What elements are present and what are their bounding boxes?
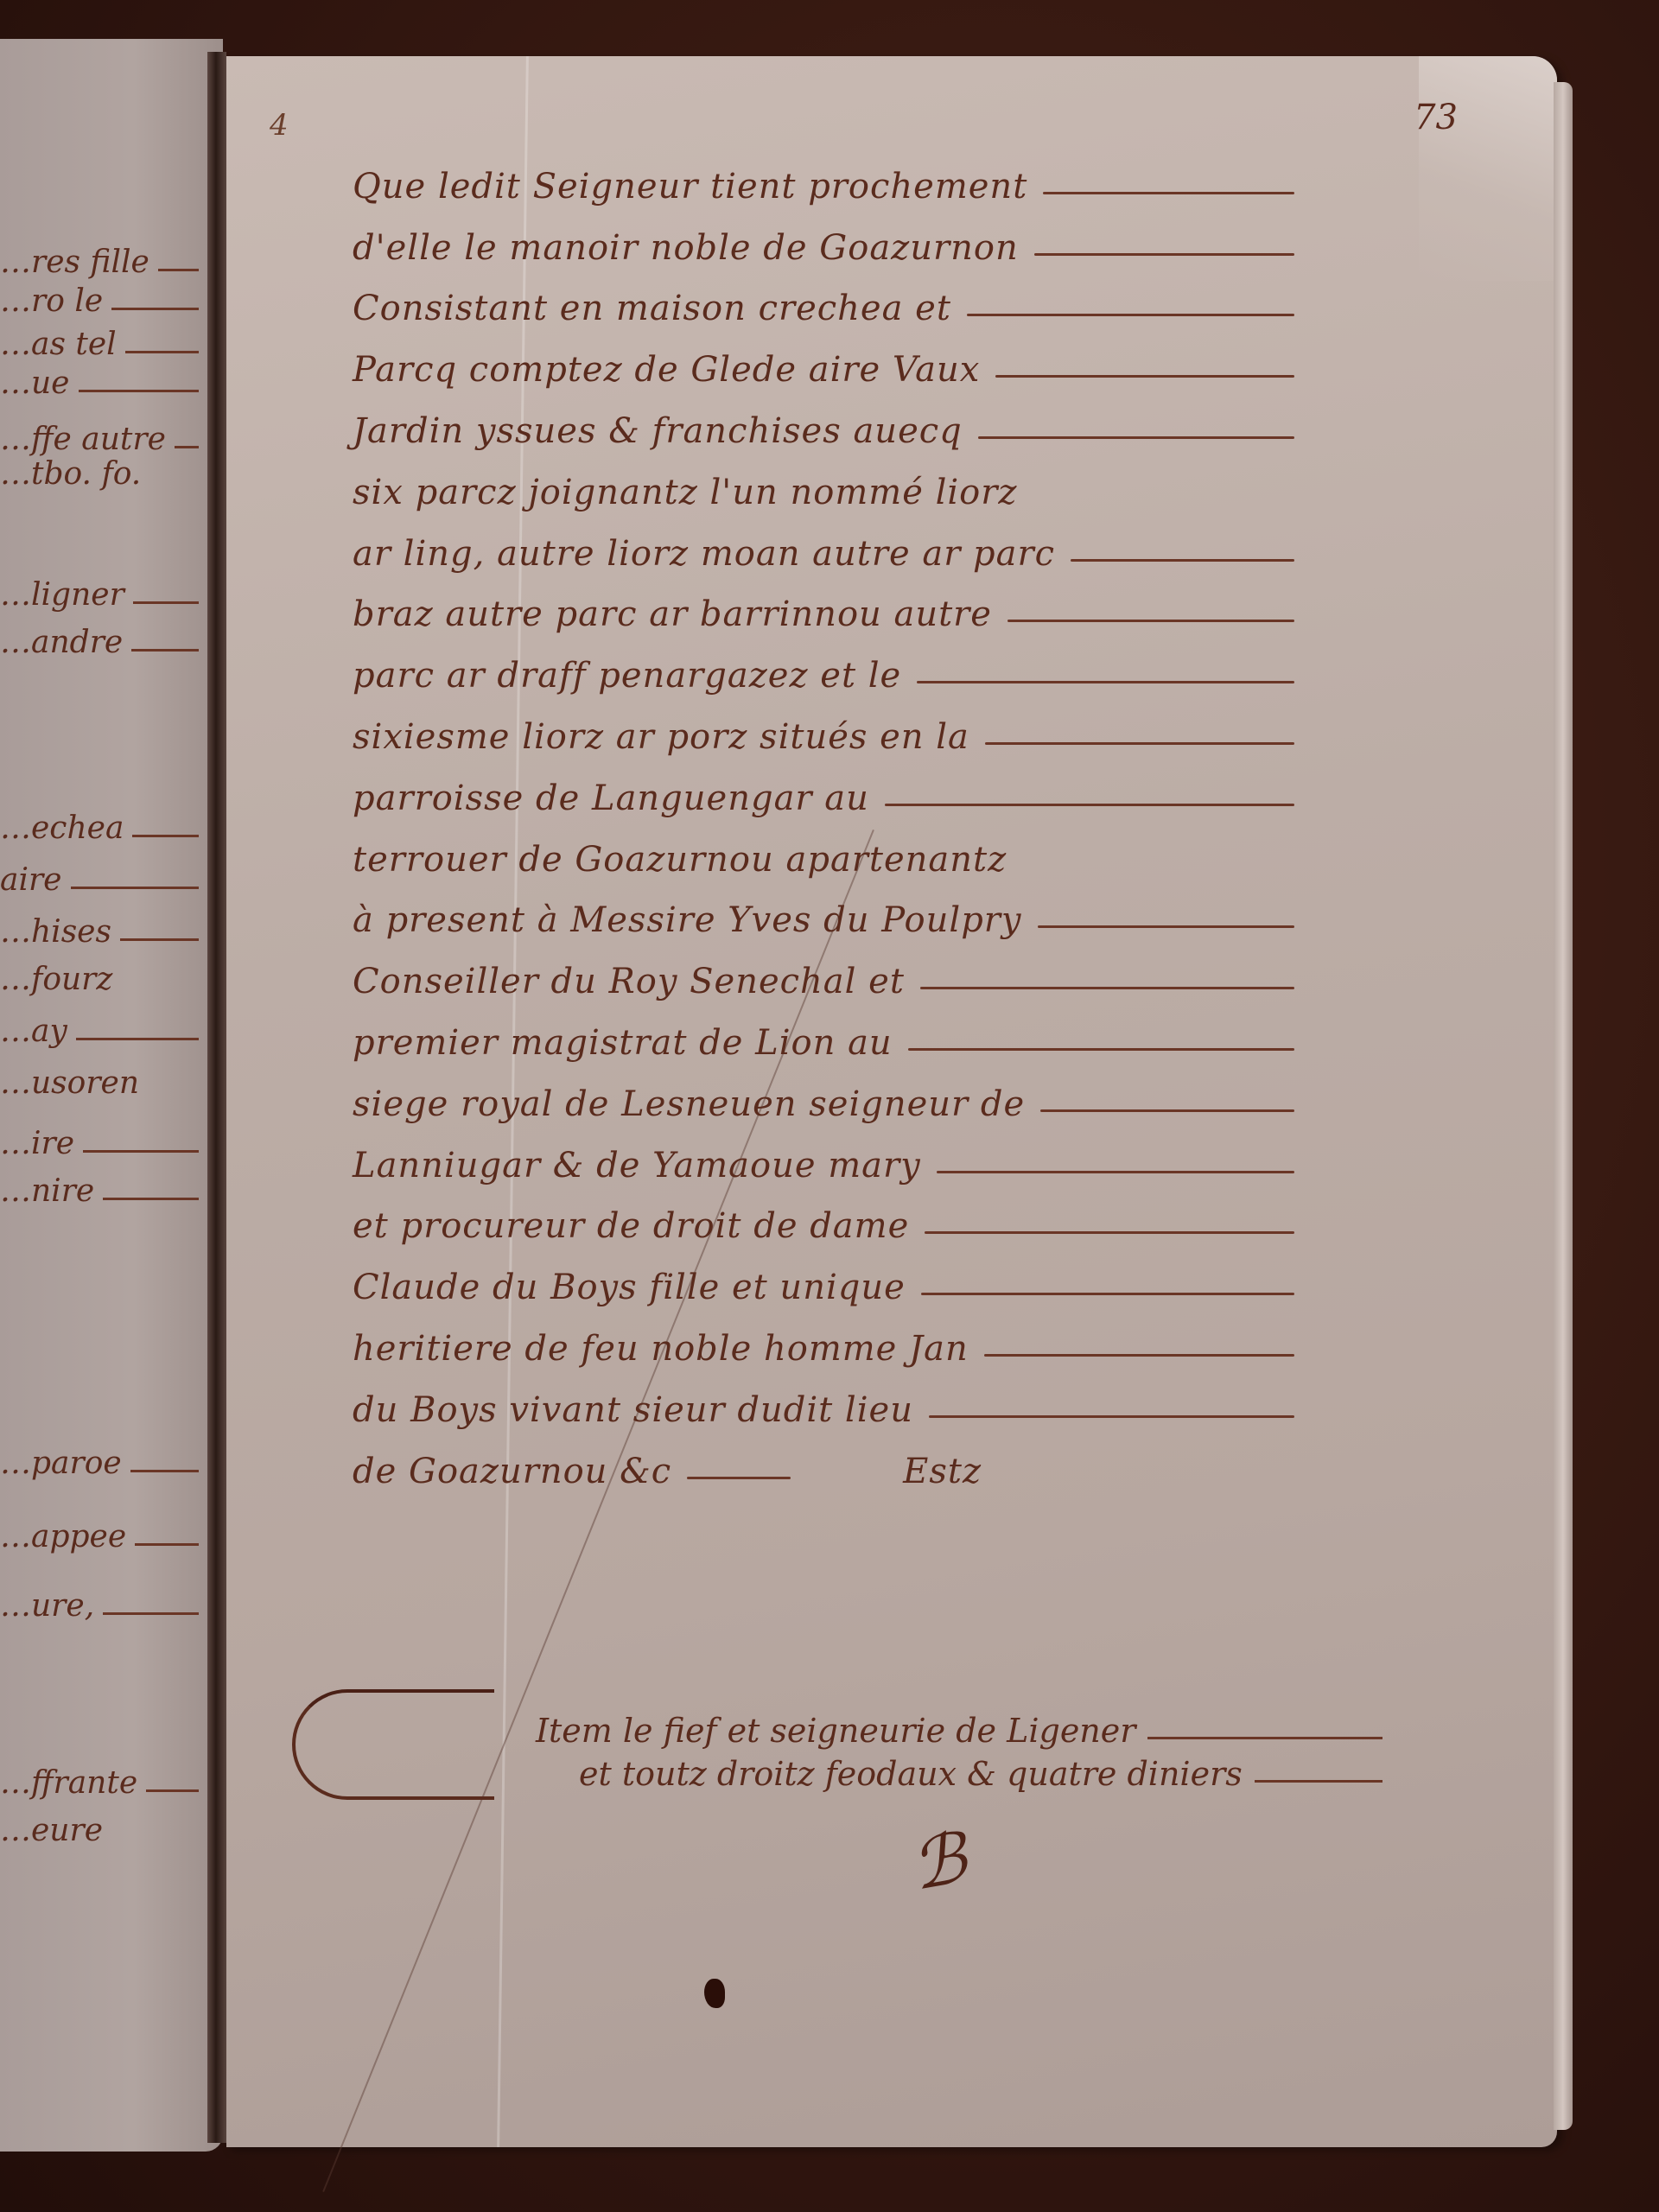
item-entry: Item le fief et seigneurie de Ligener et… — [294, 1707, 1382, 1793]
left-fragment: …nire — [0, 1173, 199, 1209]
manuscript-line: ar ling, autre liorz moan autre ar parc — [353, 512, 1294, 574]
manuscript-line: six parcz joignantz l'un nommé liorz — [353, 451, 1294, 512]
manuscript-line: d'elle le manoir noble de Goazurnon — [353, 207, 1294, 268]
item-line: Item le fief et seigneurie de Ligener — [536, 1707, 1382, 1750]
ink-blot — [704, 1979, 725, 2008]
manuscript-line: et procureur de droit de dame — [353, 1185, 1294, 1247]
manuscript-line: premier magistrat de Lion au — [353, 1001, 1294, 1063]
left-fragment: …res fille — [0, 245, 199, 280]
left-fragment: …ligner — [0, 577, 199, 613]
left-fragment: …appee — [0, 1519, 199, 1554]
manuscript-line: terrouer de Goazurnou apartenantz — [353, 818, 1294, 880]
left-fragment: …usoren — [0, 1065, 199, 1101]
left-fragment: …ay — [0, 1014, 199, 1049]
left-fragment: aire — [0, 862, 199, 898]
left-page: …res fille …ro le …as tel …ue …ffe autre… — [0, 39, 223, 2152]
manuscript-line: Lanniugar & de Yamaoue mary — [353, 1124, 1294, 1185]
folded-corner — [1419, 56, 1557, 281]
left-fragment: …paroe — [0, 1446, 199, 1481]
manuscript-line: Conseiller du Roy Senechal et — [353, 940, 1294, 1001]
book-spine-gutter — [207, 52, 226, 2143]
left-fragment: …fourz — [0, 962, 199, 997]
manuscript-line: Jardin yssues & franchises auecq — [353, 390, 1294, 451]
line-end-annotation: Estz — [903, 1452, 982, 1491]
manuscript-line: à present à Messire Yves du Poulpry — [353, 880, 1294, 941]
item-flourish-mark — [292, 1689, 494, 1800]
left-fragment: …eure — [0, 1813, 199, 1848]
manuscript-line: Consistant en maison crechea et — [353, 268, 1294, 329]
left-fragment: …andre — [0, 625, 199, 660]
left-fragment: …ue — [0, 365, 199, 401]
left-fragment: …as tel — [0, 327, 199, 362]
manuscript-line: braz autre parc ar barrinnou autre — [353, 574, 1294, 635]
left-fragment: …ffe autre — [0, 422, 199, 457]
manuscript-line: heritiere de feu noble homme Jan — [353, 1307, 1294, 1369]
margin-mark: 4 — [270, 108, 289, 143]
left-fragment: …ire — [0, 1126, 199, 1161]
manuscript-line: Parcq comptez de Glede aire Vaux — [353, 328, 1294, 390]
manuscript-line: sixiesme liorz ar porz situés en la — [353, 696, 1294, 757]
manuscript-line: du Boys vivant sieur dudit lieu — [353, 1369, 1294, 1430]
left-fragment: …hises — [0, 914, 199, 950]
manuscript-line: Que ledit Seigneur tient prochement — [353, 145, 1294, 207]
manuscript-line: de Goazurnou &cEstz — [353, 1430, 1294, 1491]
left-fragment: …ffrante — [0, 1765, 199, 1801]
left-fragment: …ure, — [0, 1588, 199, 1624]
manuscript-line: parc ar draff penargazez et le — [353, 634, 1294, 696]
item-line: et toutz droitz feodaux & quatre diniers — [579, 1750, 1382, 1793]
manuscript-body: Que ledit Seigneur tient prochement d'el… — [353, 145, 1294, 1491]
left-fragment: …ro le — [0, 283, 199, 319]
manuscript-line: Claude du Boys fille et unique — [353, 1246, 1294, 1307]
left-fragment: …tbo. fo. — [0, 456, 199, 492]
page-edge — [1554, 82, 1573, 2130]
manuscript-line: parroisse de Languengar au — [353, 757, 1294, 818]
left-fragment: …echea — [0, 810, 199, 846]
manuscript-line: siege royal de Lesneuen seigneur de — [353, 1063, 1294, 1124]
folio-number: 73 — [1414, 98, 1458, 137]
